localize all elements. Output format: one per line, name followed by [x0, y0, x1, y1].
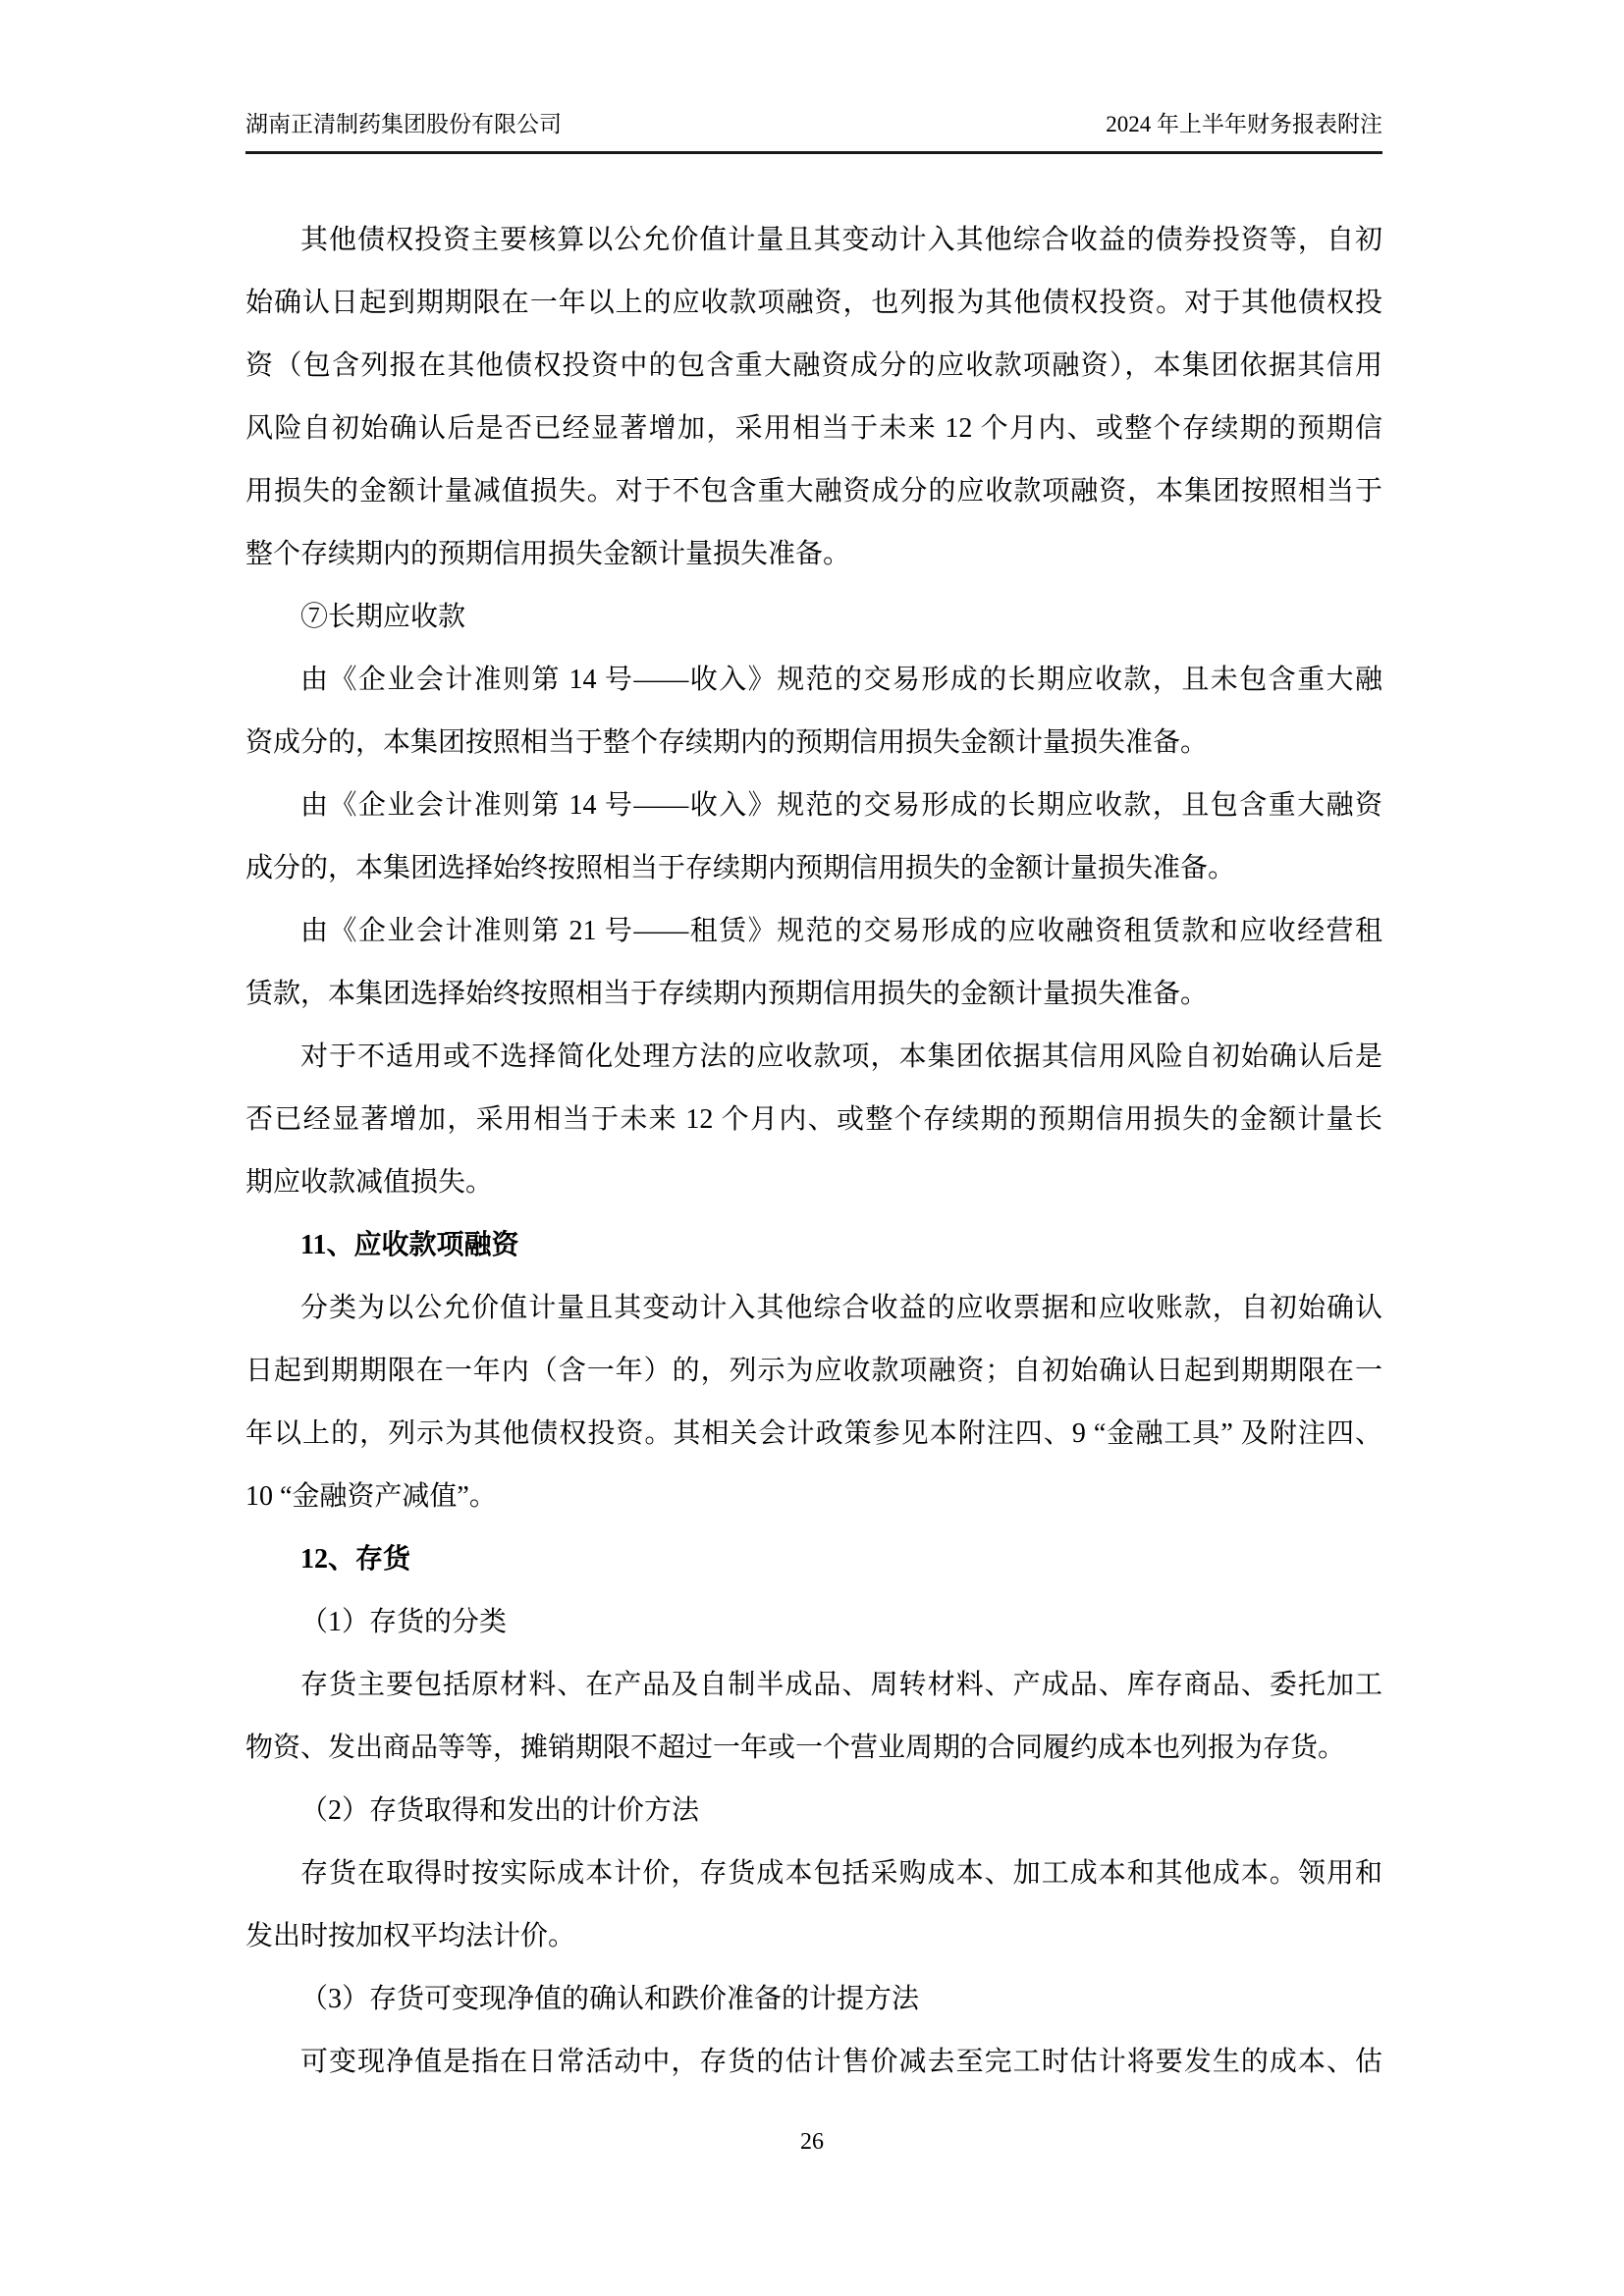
paragraph-line: 其他债权投资主要核算以公允价值计量且其变动计入其他综合收益的债券投资等，自初: [245, 209, 1382, 272]
paragraph-line: 物资、发出商品等等，摊销期限不超过一年或一个营业周期的合同履约成本也列报为存货。: [245, 1717, 1382, 1780]
paragraph-line: 可变现净值是指在日常活动中，存货的估计售价减去至完工时估计将要发生的成本、估: [245, 2031, 1382, 2094]
document-page: 湖南正清制药集团股份有限公司 2024 年上半年财务报表附注 其他债权投资主要核…: [0, 0, 1624, 2296]
report-title: 2024 年上半年财务报表附注: [1106, 110, 1382, 139]
paragraph-line: 对于不适用或不选择简化处理方法的应收款项，本集团依据其信用风险自初始确认后是: [245, 1026, 1382, 1089]
paragraph-line: 由《企业会计准则第 21 号——租赁》规范的交易形成的应收融资租赁款和应收经营租: [245, 900, 1382, 963]
paragraph-line: 发出时按加权平均法计价。: [245, 1905, 1382, 1968]
section-heading-12: 12、存货: [245, 1528, 1382, 1591]
paragraph-line: 期应收款减值损失。: [245, 1151, 1382, 1214]
paragraph-line: 日起到期期限在一年内（含一年）的，列示为应收款项融资；自初始确认日起到期期限在一: [245, 1340, 1382, 1403]
paragraph-line: 年以上的，列示为其他债权投资。其相关会计政策参见本附注四、9 “金融工具” 及附…: [245, 1403, 1382, 1466]
paragraph-line: 由《企业会计准则第 14 号——收入》规范的交易形成的长期应收款，且未包含重大融: [245, 649, 1382, 712]
company-name: 湖南正清制药集团股份有限公司: [245, 110, 562, 139]
paragraph-line: 用损失的金额计量减值损失。对于不包含重大融资成分的应收款项融资，本集团按照相当于: [245, 460, 1382, 523]
paragraph-line: 否已经显著增加，采用相当于未来 12 个月内、或整个存续期的预期信用损失的金额计…: [245, 1089, 1382, 1151]
sub-item-heading-2: （2）存货取得和发出的计价方法: [245, 1780, 1382, 1842]
page-number: 26: [0, 2125, 1624, 2159]
paragraph-line: 资（包含列报在其他债权投资中的包含重大融资成分的应收款项融资），本集团依据其信用: [245, 335, 1382, 398]
paragraph-line: 始确认日起到期期限在一年以上的应收款项融资，也列报为其他债权投资。对于其他债权投: [245, 272, 1382, 335]
sub-item-heading-1: （1）存货的分类: [245, 1591, 1382, 1654]
paragraph-line: 存货在取得时按实际成本计价，存货成本包括采购成本、加工成本和其他成本。领用和: [245, 1842, 1382, 1905]
paragraph-line: 由《企业会计准则第 14 号——收入》规范的交易形成的长期应收款，且包含重大融资: [245, 774, 1382, 837]
paragraph-line: 赁款，本集团选择始终按照相当于存续期内预期信用损失的金额计量损失准备。: [245, 963, 1382, 1026]
section-heading-11: 11、应收款项融资: [245, 1214, 1382, 1277]
item-heading-7: ⑦长期应收款: [245, 586, 1382, 649]
paragraph-line: 10 “金融资产减值”。: [245, 1466, 1382, 1528]
page-header: 湖南正清制药集团股份有限公司 2024 年上半年财务报表附注: [245, 0, 1382, 154]
paragraph-line: 风险自初始确认后是否已经显著增加，采用相当于未来 12 个月内、或整个存续期的预…: [245, 398, 1382, 460]
document-body: 其他债权投资主要核算以公允价值计量且其变动计入其他综合收益的债券投资等，自初 始…: [245, 209, 1382, 2094]
paragraph-line: 存货主要包括原材料、在产品及自制半成品、周转材料、产成品、库存商品、委托加工: [245, 1654, 1382, 1717]
paragraph-line: 成分的，本集团选择始终按照相当于存续期内预期信用损失的金额计量损失准备。: [245, 837, 1382, 900]
paragraph-line: 分类为以公允价值计量且其变动计入其他综合收益的应收票据和应收账款，自初始确认: [245, 1277, 1382, 1340]
paragraph-line: 资成分的，本集团按照相当于整个存续期内的预期信用损失金额计量损失准备。: [245, 712, 1382, 774]
sub-item-heading-3: （3）存货可变现净值的确认和跌价准备的计提方法: [245, 1968, 1382, 2031]
paragraph-line: 整个存续期内的预期信用损失金额计量损失准备。: [245, 523, 1382, 586]
